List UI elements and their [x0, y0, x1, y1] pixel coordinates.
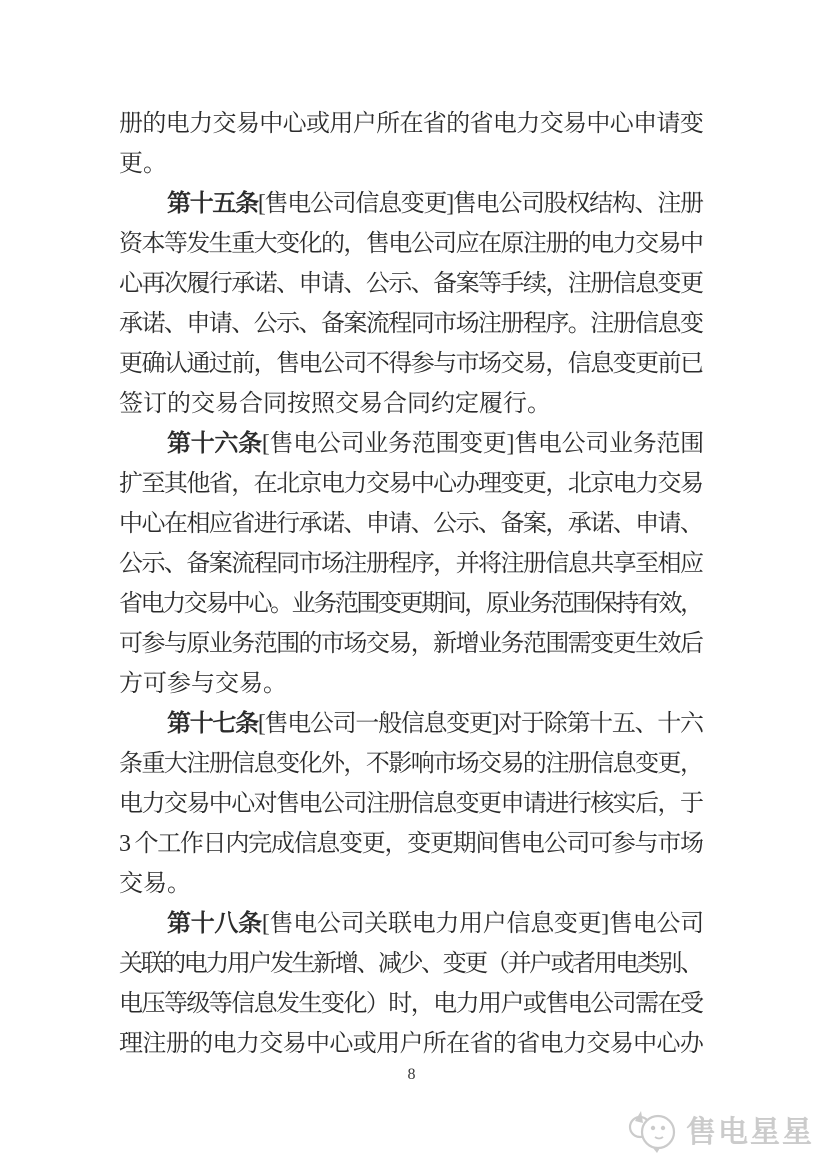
text-segment: 扩至其他省，在北京电力交易中心办理变更，北京电力交易 [119, 471, 702, 497]
article-number: 第十七条 [167, 711, 258, 737]
text-line: 交易。 [119, 864, 704, 904]
text-line: 更确认通过前，售电公司不得参与市场交易，信息变更前已 [119, 344, 704, 384]
text-segment: [售电公司一般信息变更]对于除第十五、十六 [258, 711, 703, 737]
text-line: 条重大注册信息变化外，不影响市场交易的注册信息变更， [119, 744, 704, 784]
text-segment: 交易。 [119, 871, 191, 897]
text-line: 签订的交易合同按照交易合同约定履行。 [119, 384, 704, 424]
text-line: 资本等发生重大变化的，售电公司应在原注册的电力交易中 [119, 224, 704, 264]
text-segment: 资本等发生重大变化的，售电公司应在原注册的电力交易中 [119, 231, 702, 257]
text-line: 可参与原业务范围的市场交易，新增业务范围需变更生效后 [119, 624, 704, 664]
text-line: 第十五条[售电公司信息变更]售电公司股权结构、注册 [119, 184, 704, 224]
chat-mascot-logo-icon [627, 1101, 679, 1157]
text-line: 理注册的电力交易中心或用户所在省的省电力交易中心办 [119, 1024, 704, 1064]
text-segment: [售电公司业务范围变更]售电公司业务范围 [262, 431, 704, 457]
text-segment: 更确认通过前，售电公司不得参与市场交易，信息变更前已 [119, 351, 702, 377]
text-line: 中心在相应省进行承诺、申请、公示、备案，承诺、申请、 [119, 504, 704, 544]
text-segment: 签订的交易合同按照交易合同约定履行。 [119, 391, 551, 417]
text-segment: 方可参与交易。 [119, 671, 287, 697]
text-line: 方可参与交易。 [119, 664, 704, 704]
text-line: 承诺、申请、公示、备案流程同市场注册程序。注册信息变 [119, 304, 704, 344]
text-line: 第十七条[售电公司一般信息变更]对于除第十五、十六 [119, 704, 704, 744]
text-line: 3 个工作日内完成信息变更，变更期间售电公司可参与市场 [119, 824, 704, 864]
text-segment: 公示、备案流程同市场注册程序，并将注册信息共享至相应 [119, 551, 702, 577]
text-segment: 条重大注册信息变化外，不影响市场交易的注册信息变更， [119, 751, 702, 777]
text-line: 电压等级等信息发生变化）时，电力用户或售电公司需在受 [119, 984, 704, 1024]
text-line: 扩至其他省，在北京电力交易中心办理变更，北京电力交易 [119, 464, 704, 504]
text-block: 册的电力交易中心或用户所在省的省电力交易中心申请变更。第十五条[售电公司信息变更… [119, 104, 704, 1064]
text-segment: 册的电力交易中心或用户所在省的省电力交易中心申请变 [119, 111, 703, 137]
text-line: 电力交易中心对售电公司注册信息变更申请进行核实后，于 [119, 784, 704, 824]
watermark: 售电星星 [627, 1098, 814, 1160]
text-segment: [售电公司信息变更]售电公司股权结构、注册 [258, 191, 703, 217]
page-number: 8 [119, 1062, 704, 1088]
watermark-text: 售电星星 [686, 1107, 814, 1151]
text-line: 公示、备案流程同市场注册程序，并将注册信息共享至相应 [119, 544, 704, 584]
text-line: 心再次履行承诺、申请、公示、备案等手续，注册信息变更 [119, 264, 704, 304]
text-line: 省电力交易中心。业务范围变更期间，原业务范围保持有效， [119, 584, 704, 624]
text-segment: 电压等级等信息发生变化）时，电力用户或售电公司需在受 [119, 991, 702, 1017]
text-line: 第十八条[售电公司关联电力用户信息变更]售电公司 [119, 904, 704, 944]
text-segment: 3 个工作日内完成信息变更，变更期间售电公司可参与市场 [119, 831, 703, 857]
text-segment: 中心在相应省进行承诺、申请、公示、备案，承诺、申请、 [119, 511, 702, 537]
text-segment: 电力交易中心对售电公司注册信息变更申请进行核实后，于 [119, 791, 702, 817]
text-segment: 省电力交易中心。业务范围变更期间，原业务范围保持有效， [119, 591, 702, 617]
document-page: 册的电力交易中心或用户所在省的省电力交易中心申请变更。第十五条[售电公司信息变更… [0, 0, 826, 1169]
text-segment: 心再次履行承诺、申请、公示、备案等手续，注册信息变更 [119, 271, 702, 297]
text-line: 册的电力交易中心或用户所在省的省电力交易中心申请变 [119, 104, 704, 144]
article-number: 第十八条 [167, 911, 262, 937]
text-segment: 理注册的电力交易中心或用户所在省的省电力交易中心办 [119, 1031, 703, 1057]
text-segment: [售电公司关联电力用户信息变更]售电公司 [262, 911, 704, 937]
article-number: 第十六条 [167, 431, 262, 457]
text-segment: 承诺、申请、公示、备案流程同市场注册程序。注册信息变 [119, 311, 702, 337]
text-line: 关联的电力用户发生新增、减少、变更（并户或者用电类别、 [119, 944, 704, 984]
text-line: 第十六条[售电公司业务范围变更]售电公司业务范围 [119, 424, 704, 464]
text-segment: 更。 [119, 151, 167, 177]
article-number: 第十五条 [167, 191, 258, 217]
text-segment: 可参与原业务范围的市场交易，新增业务范围需变更生效后 [119, 631, 702, 657]
text-segment: 关联的电力用户发生新增、减少、变更（并户或者用电类别、 [119, 951, 702, 977]
text-line: 更。 [119, 144, 704, 184]
